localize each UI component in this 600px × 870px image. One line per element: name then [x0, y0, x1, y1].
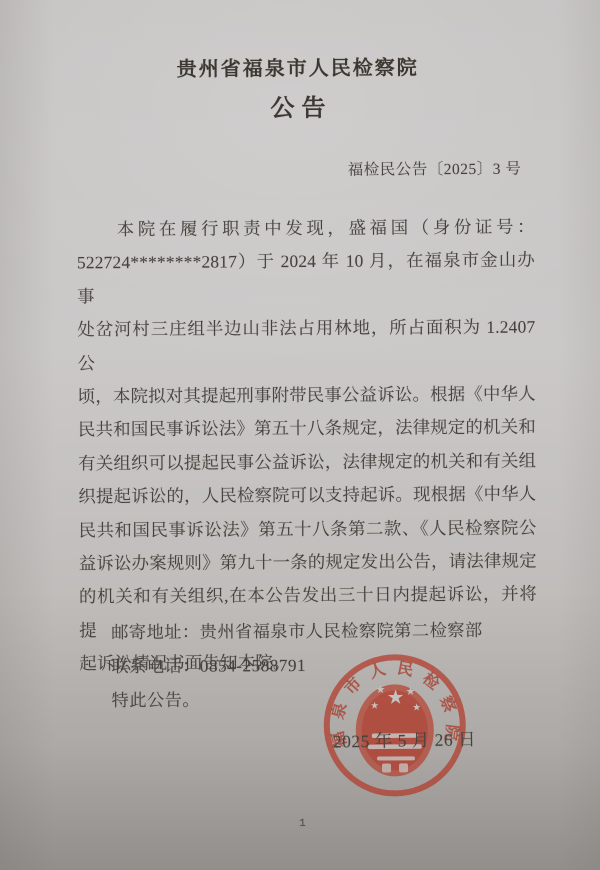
document-page: 贵州省福泉市人民检察院 公告 福检民公告〔2025〕3 号 本院在履行职责中发现…	[0, 0, 600, 870]
announcement-body: 本院在履行职责中发现，盛福国（身份证号： 522724********2817）…	[77, 211, 538, 681]
body-line: 益诉讼办案规则》第九十一条的规定发出公告，请法律规定	[79, 545, 537, 581]
doc-number: 福检民公告〔2025〕3 号	[348, 157, 522, 180]
official-seal: 福泉市人民检察院	[321, 649, 468, 802]
doc-type-title: 公告	[0, 86, 598, 125]
issuing-org-title: 贵州省福泉市人民检察院	[0, 50, 598, 83]
page-number: 1	[2, 816, 600, 832]
body-line: 522724********2817）于 2024 年 10 月，在福泉市金山办…	[77, 244, 535, 314]
body-line: 本院在履行职责中发现，盛福国（身份证号：	[77, 211, 535, 247]
issue-date: 2025 年 5 月 26 日	[333, 726, 477, 753]
mailing-address: 邮寄地址：贵州省福泉市人民检察院第二检察部	[111, 614, 483, 650]
body-line: 顷，本院拟对其提起刑事附带民事公益诉讼。根据《中华人	[78, 378, 536, 414]
body-line: 有关组织可以提起民事公益诉讼，法律规定的机关和有关组	[78, 444, 536, 480]
body-line: 处岔河村三庄组半边山非法占用林地，所占面积为 1.2407 公	[77, 311, 535, 381]
body-line: 民共和国民事诉讼法》第五十八条规定，法律规定的机关和	[78, 411, 536, 447]
photographed-sheet: 贵州省福泉市人民检察院 公告 福检民公告〔2025〕3 号 本院在履行职责中发现…	[0, 0, 600, 870]
body-line: 民共和国民事诉讼法》第五十八条第二款、《人民检察院公	[78, 511, 536, 547]
body-line: 织提起诉讼的，人民检察院可以支持起诉。现根据《中华人	[78, 478, 536, 514]
